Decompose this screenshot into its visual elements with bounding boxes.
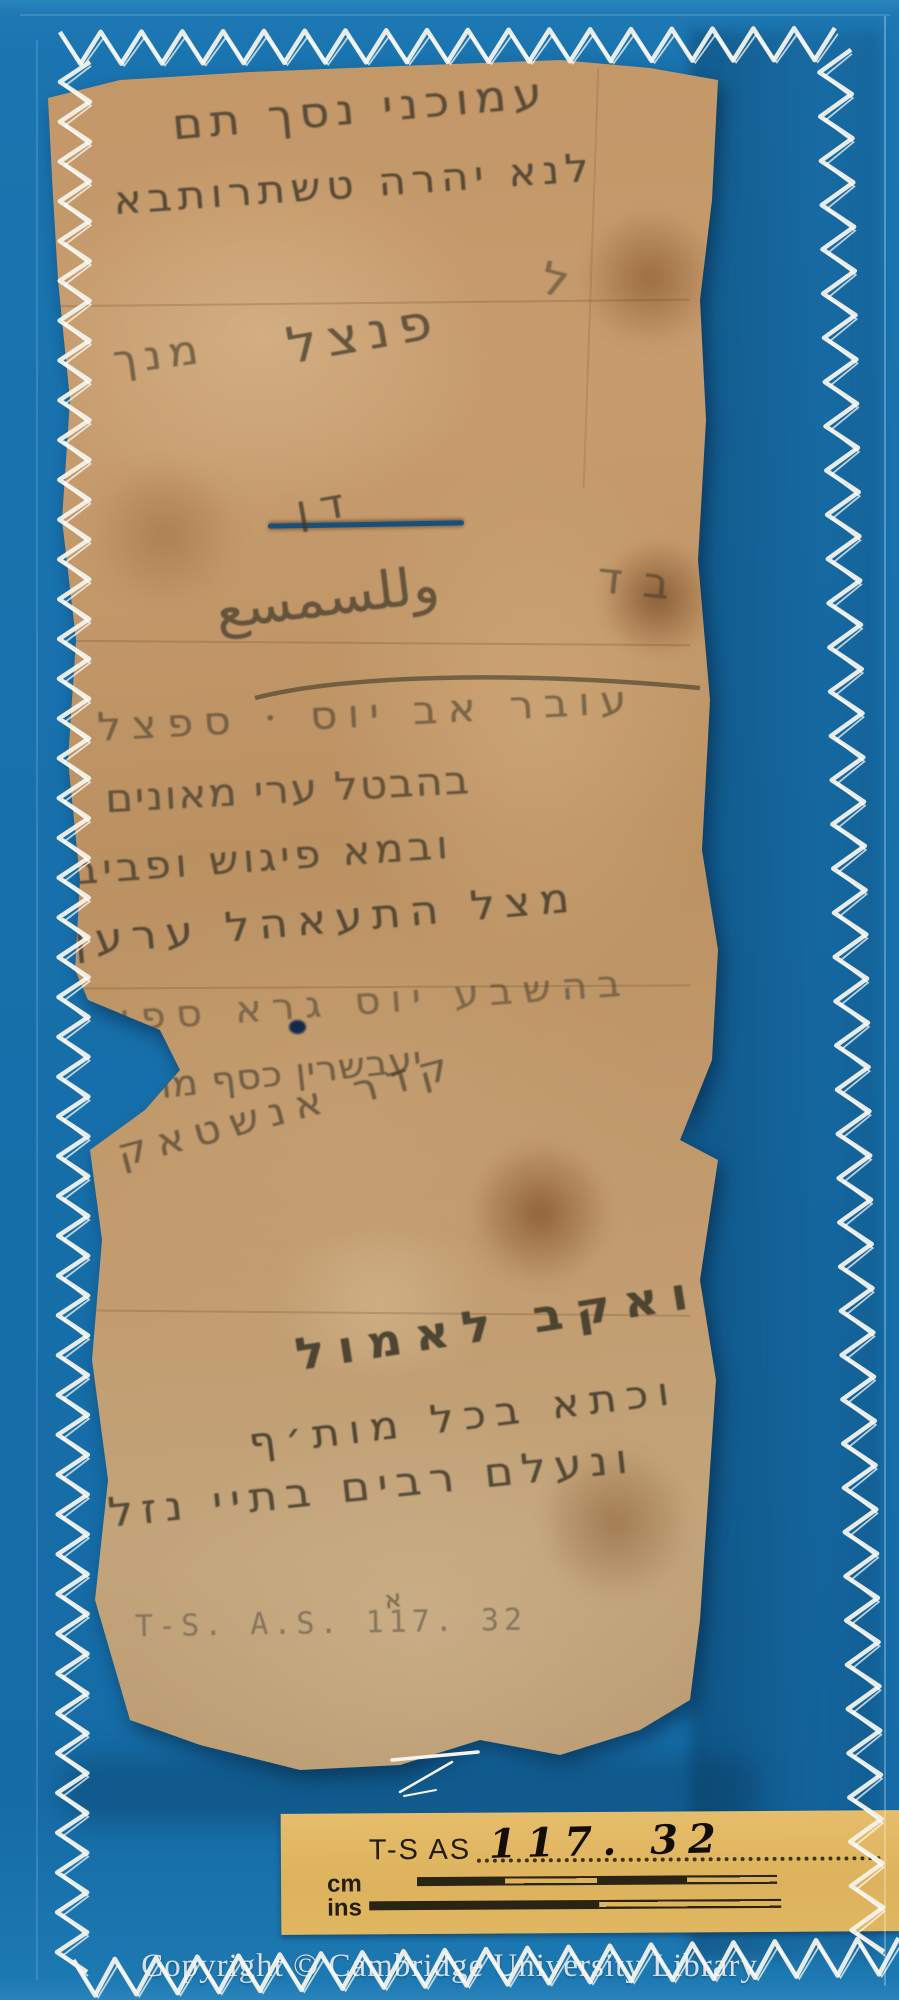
copyright-text: Copyright © Cambridge University Library xyxy=(0,1948,899,1985)
cm-scale-segment xyxy=(505,1876,597,1886)
ins-scale: ins xyxy=(281,1898,899,1914)
cm-scale: cm xyxy=(281,1874,899,1890)
shelfmark-row: T-S AS 117. 32 xyxy=(281,1826,899,1872)
shelfmark-ruler-label: T-S AS 117. 32 cm ins xyxy=(281,1810,899,1935)
shelfmark-prefix: T-S AS xyxy=(369,1834,471,1868)
cm-scale-segment xyxy=(597,1875,687,1885)
classmark-pencil: T-S. A.S. 117. 32 xyxy=(135,1603,528,1645)
manuscript-fragment: עמוכני נסך תםלנא יהרה טשתרותבאלמנךפנצלדן… xyxy=(40,58,730,1798)
ins-scale-segment xyxy=(369,1900,599,1910)
sleeve-edge-left xyxy=(36,40,38,1980)
ink-underline-stroke xyxy=(40,58,730,1798)
sleeve-edge-top xyxy=(20,14,890,16)
cm-scale-segment xyxy=(417,1877,505,1887)
ins-scale-segment xyxy=(599,1899,781,1909)
sleeve-edge-right xyxy=(884,16,886,1986)
cm-scale-segment xyxy=(687,1875,777,1885)
manuscript-fragment-wrap: עמוכני נסך תםלנא יהרה טשתרותבאלמנךפנצלדן… xyxy=(0,0,899,2000)
ins-label: ins xyxy=(327,1894,362,1922)
shelfmark-handwritten: 117. 32 xyxy=(488,1815,726,1868)
